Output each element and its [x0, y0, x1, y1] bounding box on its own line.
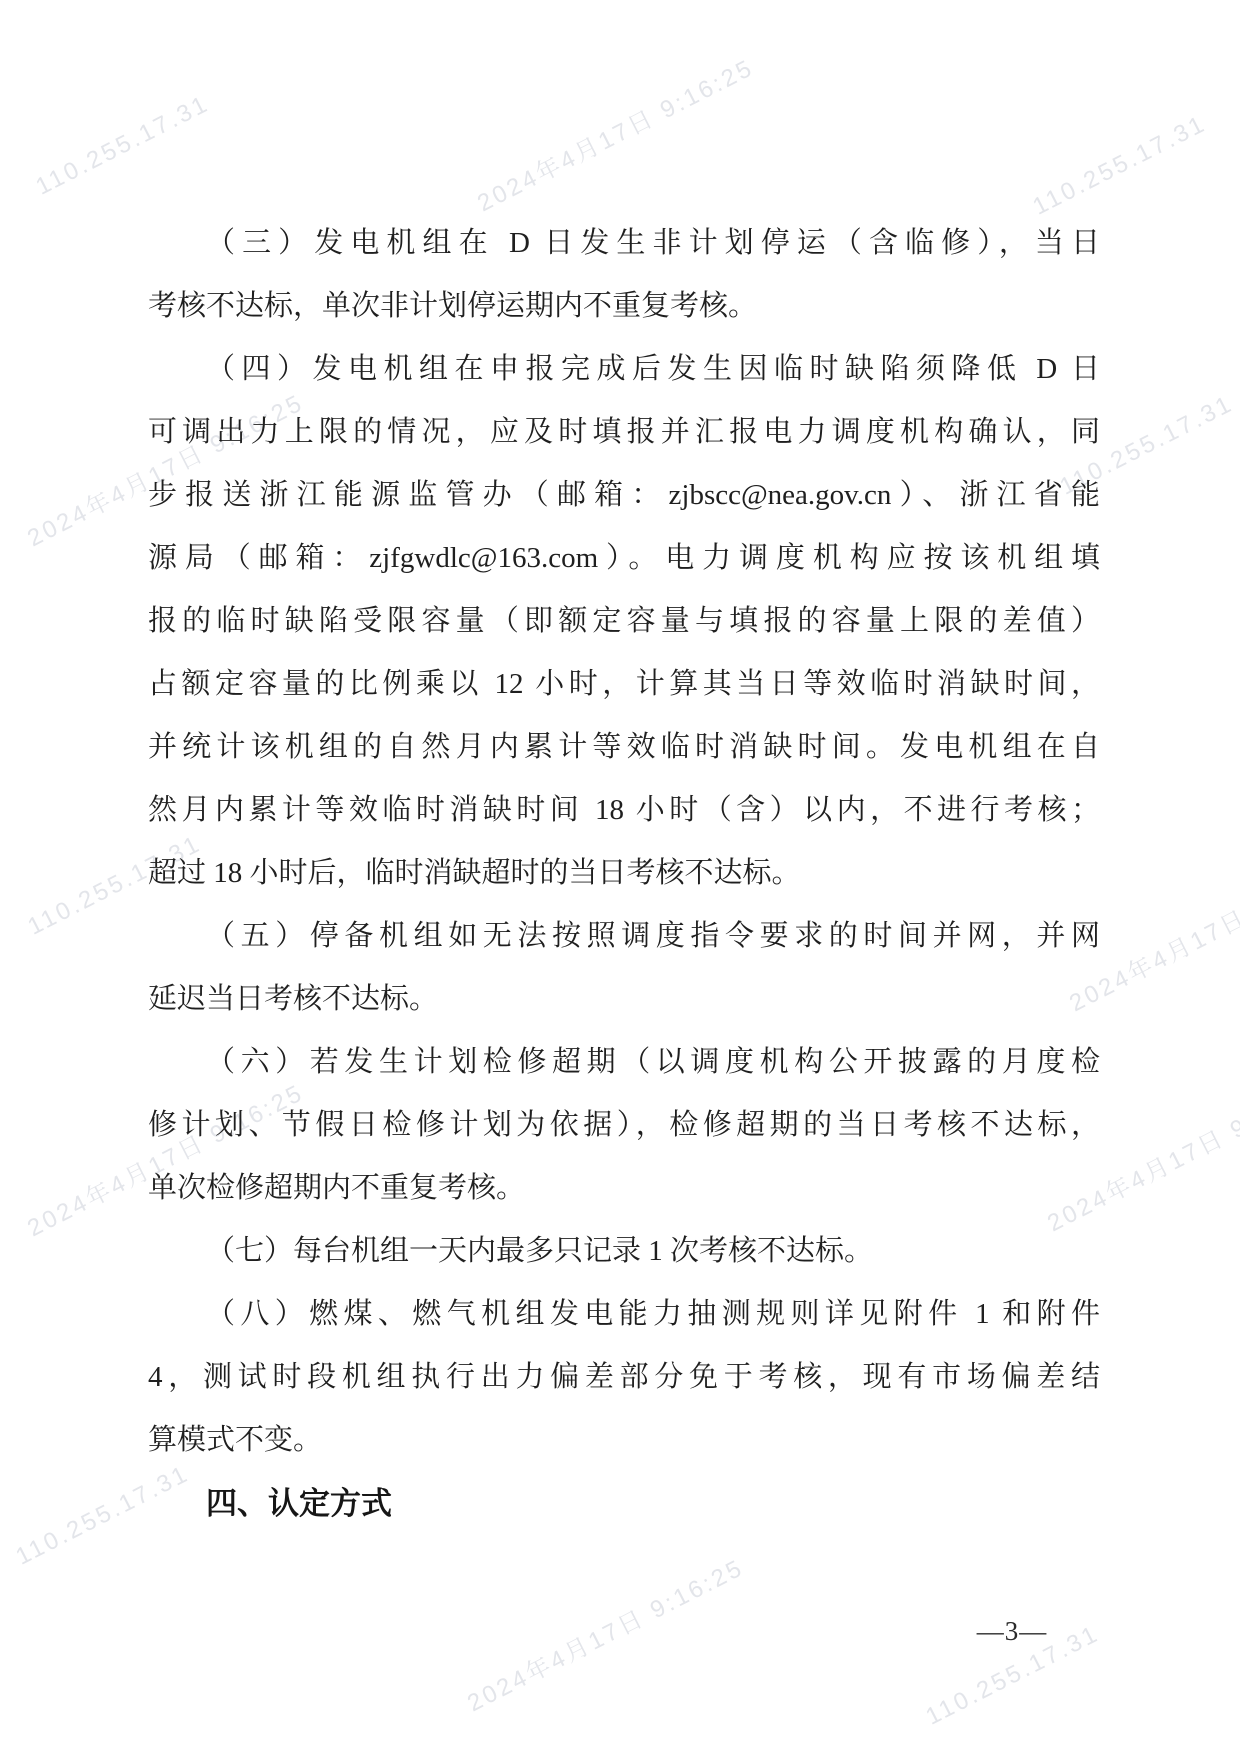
text-line: 4，测试时段机组执行出力偏差部分免于考核，现有市场偏差结: [148, 1346, 1100, 1409]
text-line: 修计划、节假日检修计划为依据），检修超期的当日考核不达标，: [148, 1094, 1100, 1157]
section-heading: 四、认定方式: [148, 1472, 1100, 1535]
text-line: 延迟当日考核不达标。: [148, 968, 1100, 1031]
text-line: （四）发电机组在申报完成后发生因临时缺陷须降低 D 日: [148, 338, 1100, 401]
text-line: 单次检修超期内不重复考核。: [148, 1157, 1100, 1220]
text-line: 报的临时缺陷受限容量（即额定容量与填报的容量上限的差值）: [148, 590, 1100, 653]
text-line: 可调出力上限的情况，应及时填报并汇报电力调度机构确认，同: [148, 401, 1100, 464]
text-line: （六）若发生计划检修超期（以调度机构公开披露的月度检: [148, 1031, 1100, 1094]
text-line: 占额定容量的比例乘以 12 小时，计算其当日等效临时消缺时间，: [148, 653, 1100, 716]
watermark-text: 2024年4月17日 9:16:25: [470, 48, 759, 218]
text-line: 然月内累计等效临时消缺时间 18 小时（含）以内，不进行考核；: [148, 779, 1100, 842]
document-page: 110.255.17.312024年4月17日 9:16:25110.255.1…: [0, 0, 1240, 1753]
document-body: （三）发电机组在 D 日发生非计划停运（含临修），当日考核不达标，单次非计划停运…: [148, 212, 1100, 1535]
watermark-text: 110.255.17.31: [32, 90, 215, 202]
text-line: 超过 18 小时后，临时消缺超时的当日考核不达标。: [148, 842, 1100, 905]
watermark-text: 110.255.17.31: [1029, 110, 1212, 222]
watermark-text: 2024年4月17日 9:16:25: [460, 1548, 749, 1718]
text-line: 算模式不变。: [148, 1409, 1100, 1472]
text-line: （三）发电机组在 D 日发生非计划停运（含临修），当日: [148, 212, 1100, 275]
text-line: （八）燃煤、燃气机组发电能力抽测规则详见附件 1 和附件: [148, 1283, 1100, 1346]
text-line: 源局（邮箱：zjfgwdlc@163.com）。电力调度机构应按该机组填: [148, 527, 1100, 590]
text-line: （七）每台机组一天内最多只记录 1 次考核不达标。: [148, 1220, 1100, 1283]
page-number: —3—: [952, 1616, 1072, 1647]
text-line: 步报送浙江能源监管办（邮箱：zjbscc@nea.gov.cn）、浙江省能: [148, 464, 1100, 527]
text-line: （五）停备机组如无法按照调度指令要求的时间并网，并网: [148, 905, 1100, 968]
text-line: 并统计该机组的自然月内累计等效临时消缺时间。发电机组在自: [148, 716, 1100, 779]
text-line: 考核不达标，单次非计划停运期内不重复考核。: [148, 275, 1100, 338]
